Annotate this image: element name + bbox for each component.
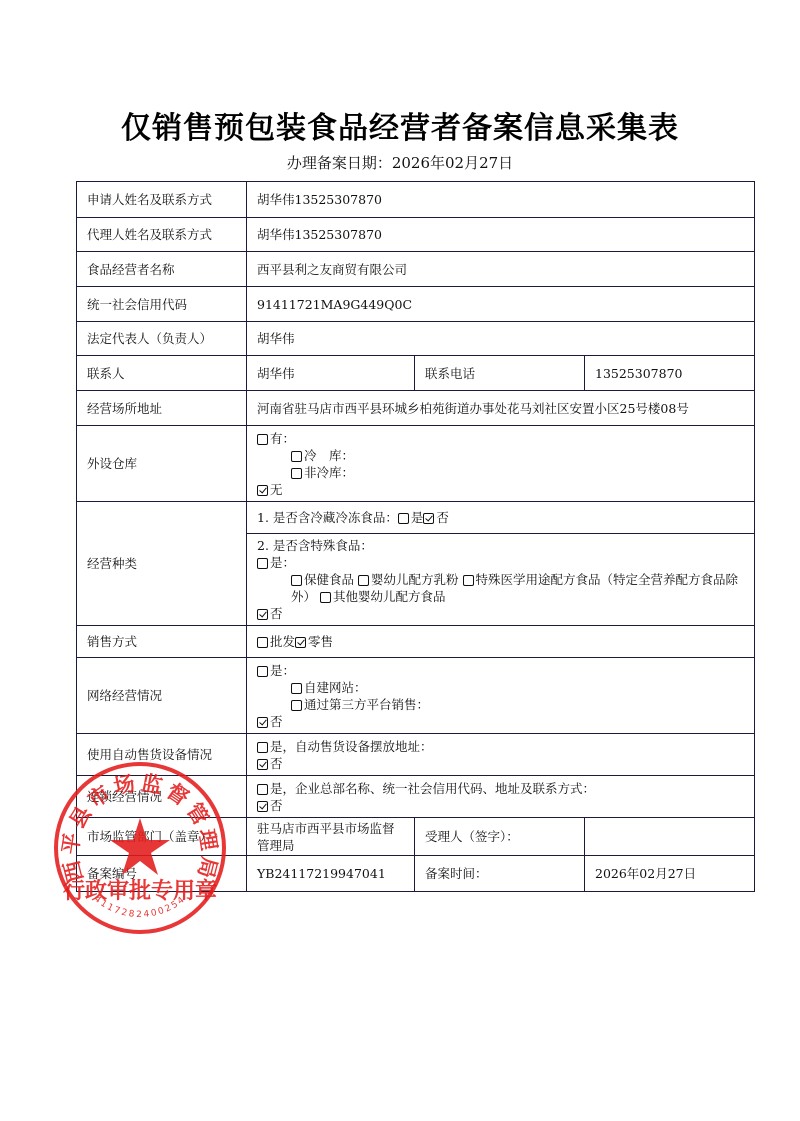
checkbox-health-food[interactable] [291, 575, 302, 586]
cold-storage-label: 冷 库： [304, 448, 354, 463]
checkbox-warehouse-no[interactable] [257, 485, 268, 496]
row-sales-method: 销售方式 批发零售 [77, 626, 755, 658]
cold-food-question: 1. 是否含冷藏冷冻食品： [257, 510, 398, 525]
cold-food-no-label: 否 [436, 510, 449, 525]
row-chain: 连锁经营情况 是，企业总部名称、统一社会信用代码、地址及联系方式： 否 [77, 776, 755, 818]
infant-formula-milk-label: 婴幼儿配方乳粉 [371, 572, 459, 587]
filing-form-table: 申请人姓名及联系方式 胡华伟13525307870 代理人姓名及联系方式 胡华伟… [76, 181, 755, 892]
business-type-label: 经营种类 [77, 502, 247, 626]
contact-value[interactable]: 胡华伟 [247, 356, 415, 391]
warehouse-options: 有： 冷 库： 非冷库： 无 [247, 426, 755, 502]
agent-value[interactable]: 胡华伟13525307870 [247, 218, 755, 252]
applicant-label: 申请人姓名及联系方式 [77, 182, 247, 218]
other-infant-formula-label: 其他婴幼儿配方食品 [333, 589, 446, 604]
address-value[interactable]: 河南省驻马店市西平县环城乡柏苑街道办事处花马刘社区安置小区25号楼08号 [247, 391, 755, 426]
checkbox-wholesale[interactable] [257, 637, 268, 648]
online-yes-label: 是： [270, 663, 295, 678]
checkbox-vending-no[interactable] [257, 759, 268, 770]
special-food-options: 保健食品 婴幼儿配方乳粉 特殊医学用途配方食品（特定全营养配方食品除外） 其他婴… [257, 571, 744, 605]
row-record: 备案编号 YB24117219947041 备案时间： 2026年02月27日 [77, 856, 755, 892]
third-party-platform-label: 通过第三方平台销售： [304, 697, 429, 712]
checkbox-special-food-no[interactable] [257, 609, 268, 620]
chain-label: 连锁经营情况 [77, 776, 247, 818]
checkbox-vending-yes[interactable] [257, 742, 268, 753]
business-type-q1: 1. 是否含冷藏冷冻食品：是否 [247, 502, 755, 534]
chain-options: 是，企业总部名称、统一社会信用代码、地址及联系方式： 否 [247, 776, 755, 818]
vending-no-label: 否 [270, 756, 283, 771]
credit-code-value[interactable]: 91411721MA9G449Q0C [247, 287, 755, 322]
row-legal-rep: 法定代表人（负责人） 胡华伟 [77, 322, 755, 356]
warehouse-no-label: 无 [270, 482, 283, 497]
row-credit-code: 统一社会信用代码 91411721MA9G449Q0C [77, 287, 755, 322]
checkbox-cold-food-no[interactable] [423, 513, 434, 524]
checkbox-own-website[interactable] [291, 683, 302, 694]
row-warehouse: 外设仓库 有： 冷 库： 非冷库： 无 [77, 426, 755, 502]
checkbox-infant-formula-milk[interactable] [358, 575, 369, 586]
record-number-value[interactable]: YB24117219947041 [247, 856, 415, 892]
receiver-label: 受理人（签字）： [415, 818, 585, 856]
special-food-no-label: 否 [270, 606, 283, 621]
online-options: 是： 自建网站： 通过第三方平台销售： 否 [247, 658, 755, 734]
legal-rep-value[interactable]: 胡华伟 [247, 322, 755, 356]
row-business-type-q1: 经营种类 1. 是否含冷藏冷冻食品：是否 [77, 502, 755, 534]
stamp-serial: 4117282400254 [92, 894, 188, 920]
checkbox-non-cold-storage[interactable] [291, 468, 302, 479]
contact-label: 联系人 [77, 356, 247, 391]
vending-label: 使用自动售货设备情况 [77, 734, 247, 776]
non-cold-storage-label: 非冷库： [304, 465, 354, 480]
vending-yes-label: 是，自动售货设备摆放地址： [270, 739, 433, 754]
checkbox-special-food-yes[interactable] [257, 558, 268, 569]
sales-method-options: 批发零售 [247, 626, 755, 658]
applicant-value[interactable]: 胡华伟13525307870 [247, 182, 755, 218]
retail-label: 零售 [308, 634, 333, 649]
record-time-value[interactable]: 2026年02月27日 [585, 856, 755, 892]
online-no-label: 否 [270, 714, 283, 729]
legal-rep-label: 法定代表人（负责人） [77, 322, 247, 356]
row-contact: 联系人 胡华伟 联系电话 13525307870 [77, 356, 755, 391]
vending-options: 是，自动售货设备摆放地址： 否 [247, 734, 755, 776]
filing-date-value: 2026年02月27日 [392, 154, 513, 172]
row-address: 经营场所地址 河南省驻马店市西平县环城乡柏苑街道办事处花马刘社区安置小区25号楼… [77, 391, 755, 426]
checkbox-cold-storage[interactable] [291, 451, 302, 462]
operator-name-value[interactable]: 西平县利之友商贸有限公司 [247, 252, 755, 287]
checkbox-online-yes[interactable] [257, 666, 268, 677]
checkbox-third-party-platform[interactable] [291, 700, 302, 711]
cold-food-yes-label: 是 [411, 510, 424, 525]
authority-value[interactable]: 驻马店市西平县市场监督管理局 [247, 818, 415, 856]
checkbox-retail[interactable] [295, 637, 306, 648]
address-label: 经营场所地址 [77, 391, 247, 426]
form-title: 仅销售预包装食品经营者备案信息采集表 [0, 103, 800, 147]
checkbox-cold-food-yes[interactable] [398, 513, 409, 524]
operator-name-label: 食品经营者名称 [77, 252, 247, 287]
phone-value[interactable]: 13525307870 [585, 356, 755, 391]
row-agent: 代理人姓名及联系方式 胡华伟13525307870 [77, 218, 755, 252]
warehouse-label: 外设仓库 [77, 426, 247, 502]
row-operator-name: 食品经营者名称 西平县利之友商贸有限公司 [77, 252, 755, 287]
checkbox-chain-yes[interactable] [257, 784, 268, 795]
filing-date-label: 办理备案日期： [287, 154, 392, 172]
warehouse-yes-label: 有： [270, 431, 295, 446]
checkbox-online-no[interactable] [257, 717, 268, 728]
checkbox-medical-formula[interactable] [463, 575, 474, 586]
row-online: 网络经营情况 是： 自建网站： 通过第三方平台销售： 否 [77, 658, 755, 734]
online-label: 网络经营情况 [77, 658, 247, 734]
checkbox-warehouse-yes[interactable] [257, 434, 268, 445]
special-food-question: 2. 是否含特殊食品： [257, 537, 744, 554]
row-vending: 使用自动售货设备情况 是，自动售货设备摆放地址： 否 [77, 734, 755, 776]
row-authority: 市场监管部门（盖章） 驻马店市西平县市场监督管理局 受理人（签字）： [77, 818, 755, 856]
wholesale-label: 批发 [270, 634, 295, 649]
agent-label: 代理人姓名及联系方式 [77, 218, 247, 252]
chain-yes-label: 是，企业总部名称、统一社会信用代码、地址及联系方式： [270, 781, 595, 796]
own-website-label: 自建网站： [304, 680, 367, 695]
record-time-label: 备案时间： [415, 856, 585, 892]
special-food-yes-label: 是： [270, 555, 295, 570]
credit-code-label: 统一社会信用代码 [77, 287, 247, 322]
chain-no-label: 否 [270, 798, 283, 813]
filing-date: 办理备案日期：2026年02月27日 [0, 152, 800, 173]
business-type-q2: 2. 是否含特殊食品： 是： 保健食品 婴幼儿配方乳粉 特殊医学用途配方食品（特… [247, 534, 755, 626]
receiver-signature[interactable] [585, 818, 755, 856]
phone-label: 联系电话 [415, 356, 585, 391]
health-food-label: 保健食品 [304, 572, 354, 587]
sales-method-label: 销售方式 [77, 626, 247, 658]
checkbox-chain-no[interactable] [257, 801, 268, 812]
record-number-label: 备案编号 [77, 856, 247, 892]
authority-label: 市场监管部门（盖章） [77, 818, 247, 856]
row-applicant: 申请人姓名及联系方式 胡华伟13525307870 [77, 182, 755, 218]
checkbox-other-infant-formula[interactable] [320, 592, 331, 603]
